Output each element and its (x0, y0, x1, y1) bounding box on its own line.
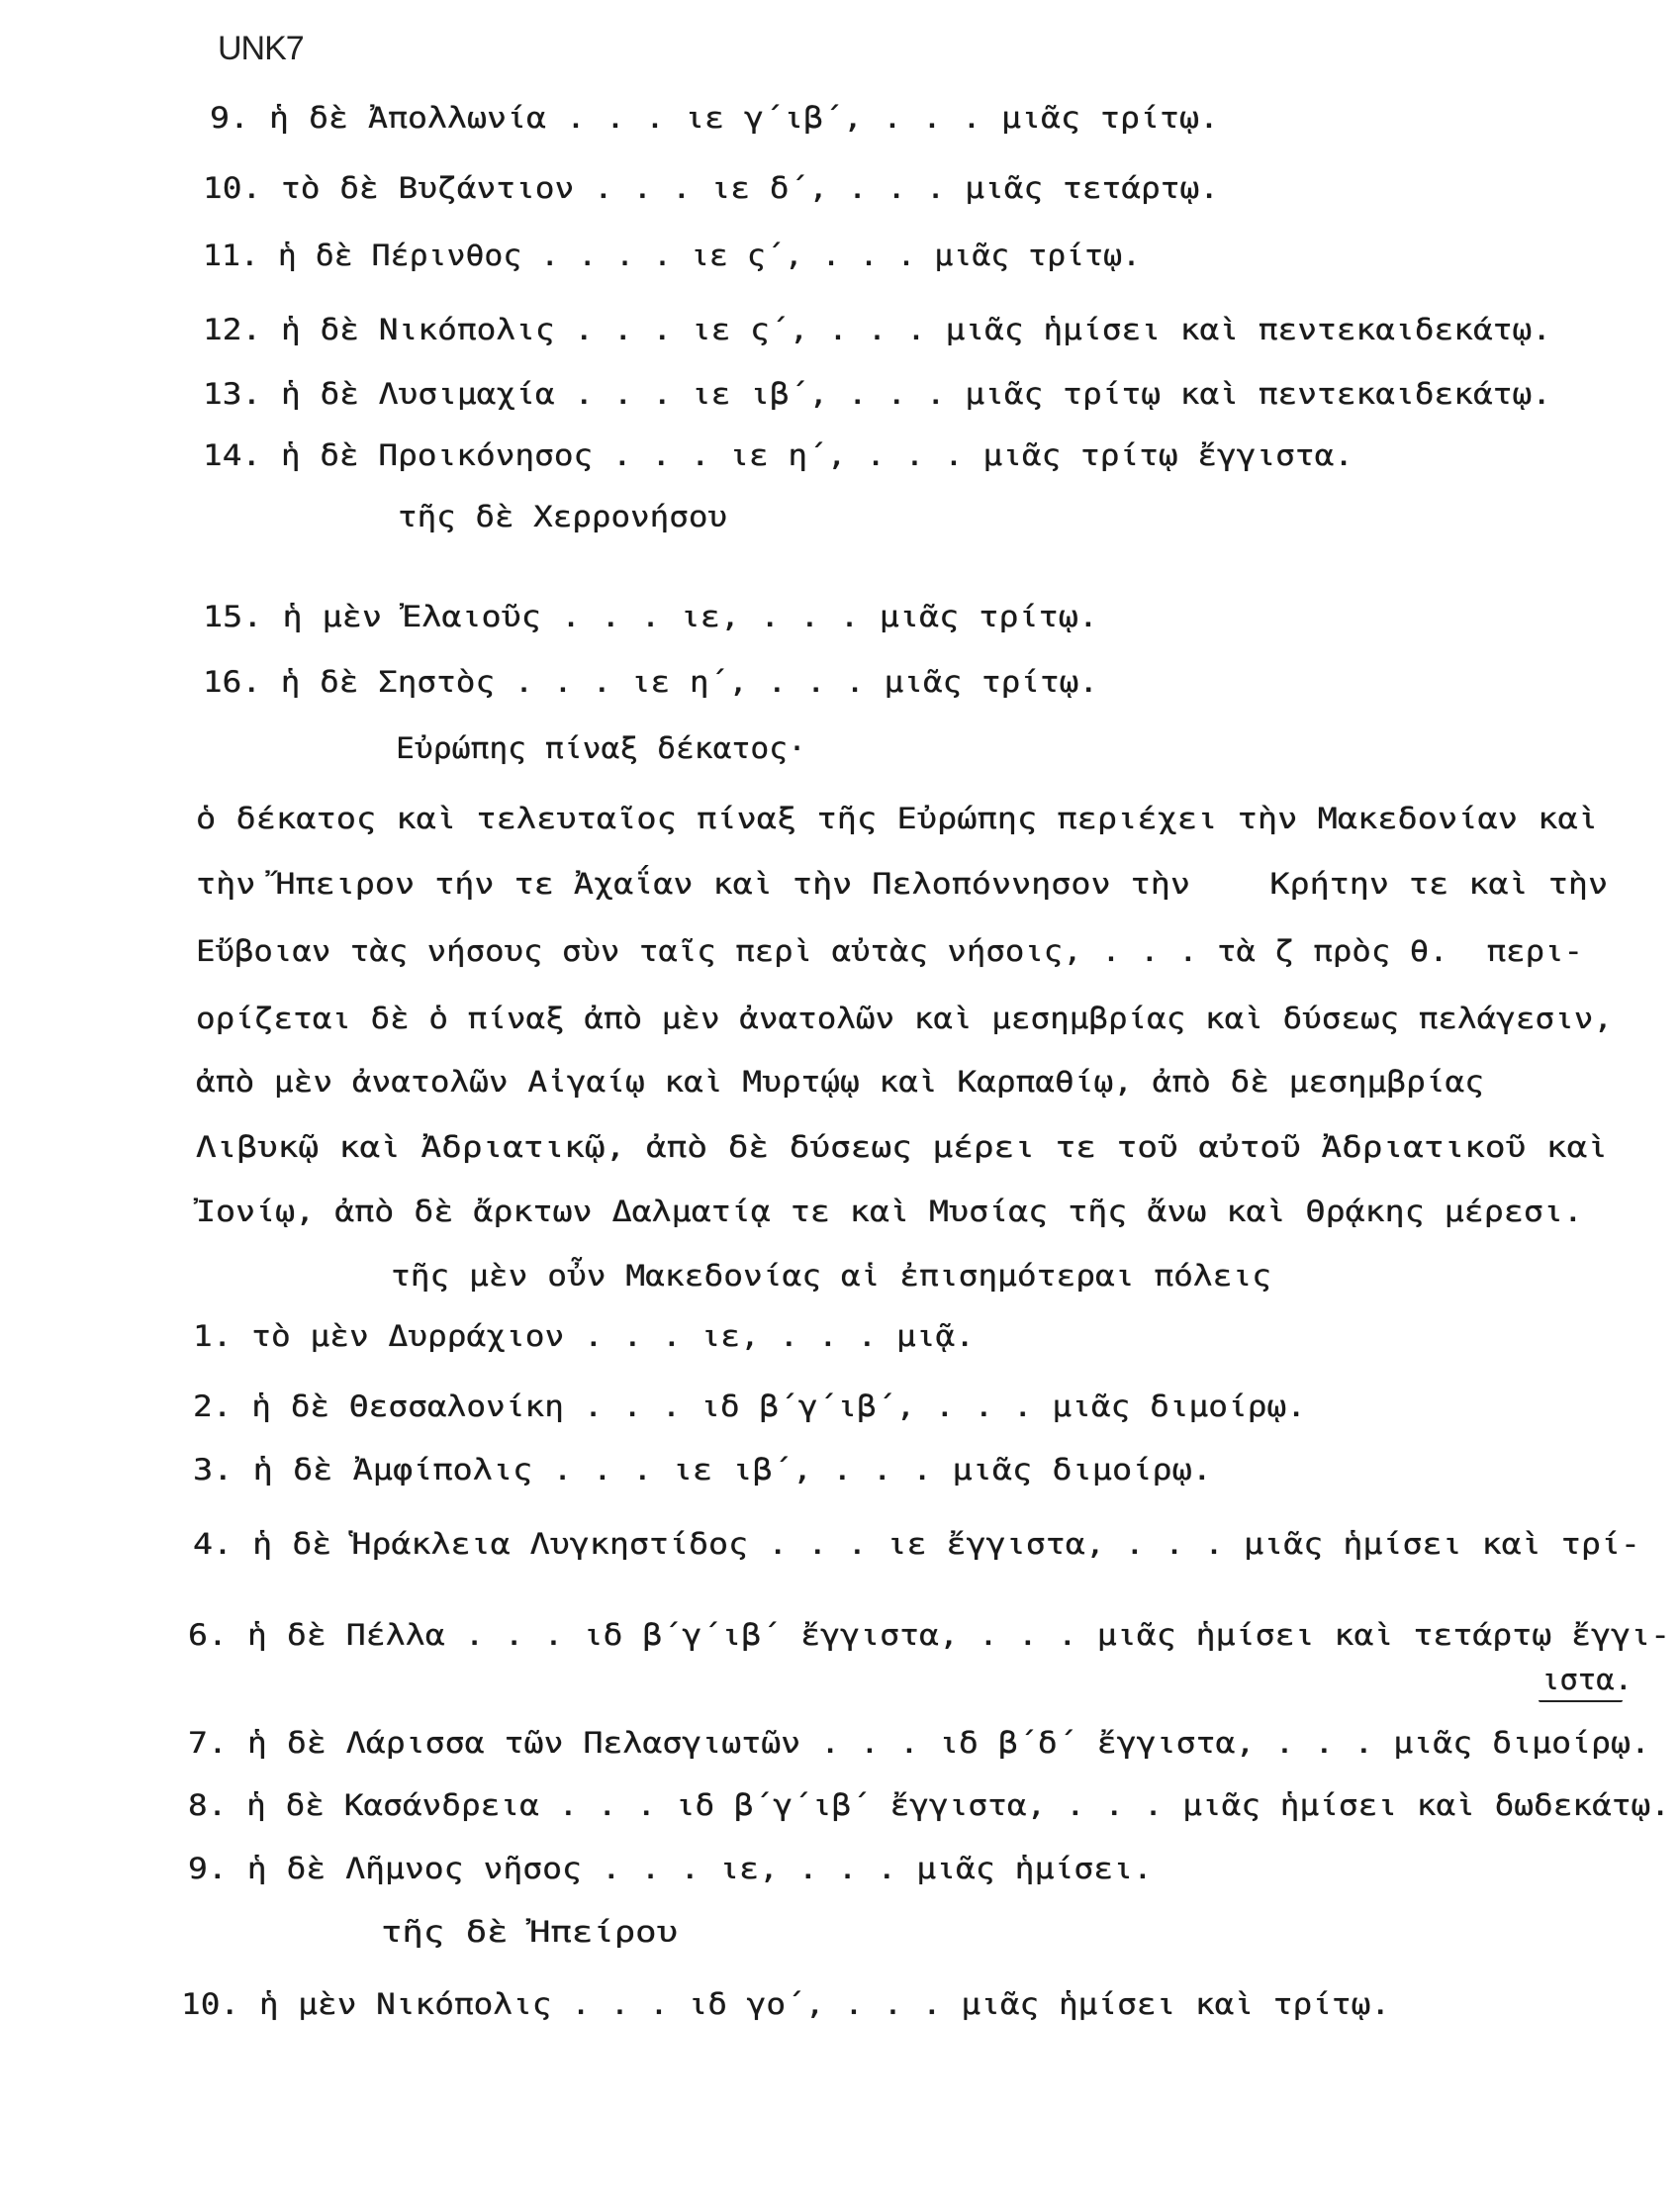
list-item: 2. ἡ δὲ Θεσσαλονίκη . . . ιδ β΄γ΄ιβ΄, . … (193, 1392, 1306, 1421)
item-text: ἡ δὲ Κασάνδρεια . . . ιδ β΄γ΄ιβ΄ ἔγγιστα… (246, 1788, 1670, 1822)
section-heading: τῆς μὲν οὖν Μακεδονίας αἱ ἐπισημότεραι π… (391, 1262, 1271, 1291)
section-heading: τῆς δὲ Χερρονήσου (398, 503, 727, 531)
item-number: 15. (203, 600, 262, 633)
item-number: 4. (193, 1527, 233, 1561)
item-text: ἡ μὲν Νικόπολις . . . ιδ γο΄, . . . μιᾶς… (259, 1987, 1390, 2021)
list-item: 16. ἡ δὲ Σηστὸς . . . ιε η΄, . . . μιᾶς … (203, 668, 1098, 697)
item-text: τὸ δὲ Βυζάντιον . . . ιε δ΄, . . . μιᾶς … (281, 171, 1219, 205)
item-text: ἡ δὲ Ἀπολλωνία . . . ιε γ΄ιβ΄, . . . μιᾶ… (269, 101, 1219, 135)
list-item: 14. ἡ δὲ Προικόνησος . . . ιε η΄, . . . … (203, 441, 1353, 470)
list-item: 9. ἡ δὲ Λῆμνος νῆσος . . . ιε, . . . μιᾶ… (188, 1855, 1153, 1883)
item-number: 7. (188, 1726, 228, 1760)
item-number: 11. (203, 239, 259, 272)
paragraph-line: Εὔβοιαν τὰς νήσους σὺν ταῖς περὶ αὐτὰς ν… (196, 937, 1583, 966)
item-number: 8. (188, 1788, 227, 1822)
item-text: ἡ δὲ Θεσσαλονίκη . . . ιδ β΄γ΄ιβ΄, . . .… (251, 1389, 1306, 1423)
item-number: 3. (193, 1453, 233, 1486)
list-item: 4. ἡ δὲ Ἡράκλεια Λυγκηστίδος . . . ιε ἔγ… (193, 1530, 1640, 1559)
item-number: 12. (203, 313, 261, 346)
item-text: ἡ μὲν Ἐλαιοῦς . . . ιε, . . . μιᾶς τρίτῳ… (282, 600, 1098, 633)
item-text: ἡ δὲ Πέρινθος . . . . ιε ς΄, . . . μιᾶς … (278, 239, 1141, 272)
paragraph-line: ορίζεται δὲ ὁ πίναξ ἀπὸ μὲν ἀνατολῶν καὶ… (196, 1005, 1613, 1033)
item-text: ἡ δὲ Νικόπολις . . . ιε ς΄, . . . μιᾶς ἡ… (281, 313, 1551, 346)
list-item: 1. τὸ μὲν Δυρράχιον . . . ιε, . . . μιᾷ. (193, 1322, 975, 1351)
typewritten-page: UNK7 9. ἡ δὲ Ἀπολλωνία . . . ιε γ΄ιβ΄, .… (0, 0, 1680, 2203)
list-item: 3. ἡ δὲ Ἀμφίπολις . . . ιε ιβ΄, . . . μι… (193, 1456, 1212, 1485)
list-item: 8. ἡ δὲ Κασάνδρεια . . . ιδ β΄γ΄ιβ΄ ἔγγι… (188, 1791, 1670, 1820)
paragraph-line: ἀπὸ μὲν ἀνατολῶν Αἰγαίῳ καὶ Μυρτῴῳ καὶ Κ… (196, 1068, 1484, 1097)
list-item: 9. ἡ δὲ Ἀπολλωνία . . . ιε γ΄ιβ΄, . . . … (210, 104, 1219, 133)
item-text: ἡ δὲ Προικόνησος . . . ιε η΄, . . . μιᾶς… (281, 438, 1353, 472)
section-heading: τῆς δὲ Ἠπείρου (381, 1918, 678, 1947)
item-text: ἡ δὲ Σηστὸς . . . ιε η΄, . . . μιᾶς τρίτ… (281, 665, 1098, 699)
item-number: 10. (203, 171, 261, 205)
item-number: 13. (203, 377, 261, 411)
item-text: ἡ δὲ Λάρισσα τῶν Πελασγιωτῶν . . . ιδ β΄… (247, 1726, 1650, 1760)
paragraph-line: Ἰονίῳ, ἀπὸ δὲ ἄρκτων Δαλματίᾳ τε καὶ Μυσ… (196, 1197, 1583, 1226)
item-number: 1. (193, 1319, 233, 1353)
paragraph-line: τὴν Ἤπειρον τήν τε Ἀχαΐαν καὶ τὴν Πελοπό… (196, 870, 1608, 899)
page-label: UNK7 (218, 30, 304, 68)
continuation-text: ιστα. (1541, 1666, 1633, 1694)
item-number: 16. (203, 665, 261, 699)
item-text: τὸ μὲν Δυρράχιον . . . ιε, . . . μιᾷ. (251, 1319, 975, 1353)
handwritten-underline (1539, 1700, 1623, 1702)
list-item: 15. ἡ μὲν Ἐλαιοῦς . . . ιε, . . . μιᾶς τ… (203, 603, 1098, 631)
item-text: ἡ δὲ Πέλλα . . . ιδ β΄γ΄ιβ΄ ἔγγιστα, . .… (247, 1618, 1670, 1652)
item-number: 14. (203, 438, 261, 472)
item-number: 10. (181, 1987, 239, 2021)
list-item: 10. τὸ δὲ Βυζάντιον . . . ιε δ΄, . . . μ… (203, 174, 1219, 203)
item-number: 9. (188, 1852, 228, 1885)
list-item: 11. ἡ δὲ Πέρινθος . . . . ιε ς΄, . . . μ… (203, 241, 1141, 270)
section-heading: Εὐρώπης πίναξ δέκατος· (396, 734, 806, 763)
item-text: ἡ δὲ Λῆμνος νῆσος . . . ιε, . . . μιᾶς ἡ… (247, 1852, 1153, 1885)
list-item: 10. ἡ μὲν Νικόπολις . . . ιδ γο΄, . . . … (181, 1990, 1390, 2019)
item-text: ἡ δὲ Ἡράκλεια Λυγκηστίδος . . . ιε ἔγγισ… (252, 1527, 1640, 1561)
list-item: 7. ἡ δὲ Λάρισσα τῶν Πελασγιωτῶν . . . ιδ… (188, 1729, 1650, 1758)
item-number: 2. (193, 1389, 232, 1423)
item-number: 6. (188, 1618, 228, 1652)
paragraph-line: Λιβυκῷ καὶ Ἀδριατικῷ, ἀπὸ δὲ δύσεως μέρε… (196, 1133, 1608, 1162)
item-text: ἡ δὲ Λυσιμαχία . . . ιε ιβ΄, . . . μιᾶς … (281, 377, 1551, 411)
item-text: ἡ δὲ Ἀμφίπολις . . . ιε ιβ΄, . . . μιᾶς … (253, 1453, 1212, 1486)
item-number: 9. (210, 101, 249, 135)
list-item: 6. ἡ δὲ Πέλλα . . . ιδ β΄γ΄ιβ΄ ἔγγιστα, … (188, 1621, 1670, 1650)
paragraph-line: ὁ δέκατος καὶ τελευταῖος πίναξ τῆς Εὐρώπ… (196, 805, 1598, 833)
list-item: 12. ἡ δὲ Νικόπολις . . . ιε ς΄, . . . μι… (203, 316, 1551, 344)
list-item: 13. ἡ δὲ Λυσιμαχία . . . ιε ιβ΄, . . . μ… (203, 380, 1551, 409)
